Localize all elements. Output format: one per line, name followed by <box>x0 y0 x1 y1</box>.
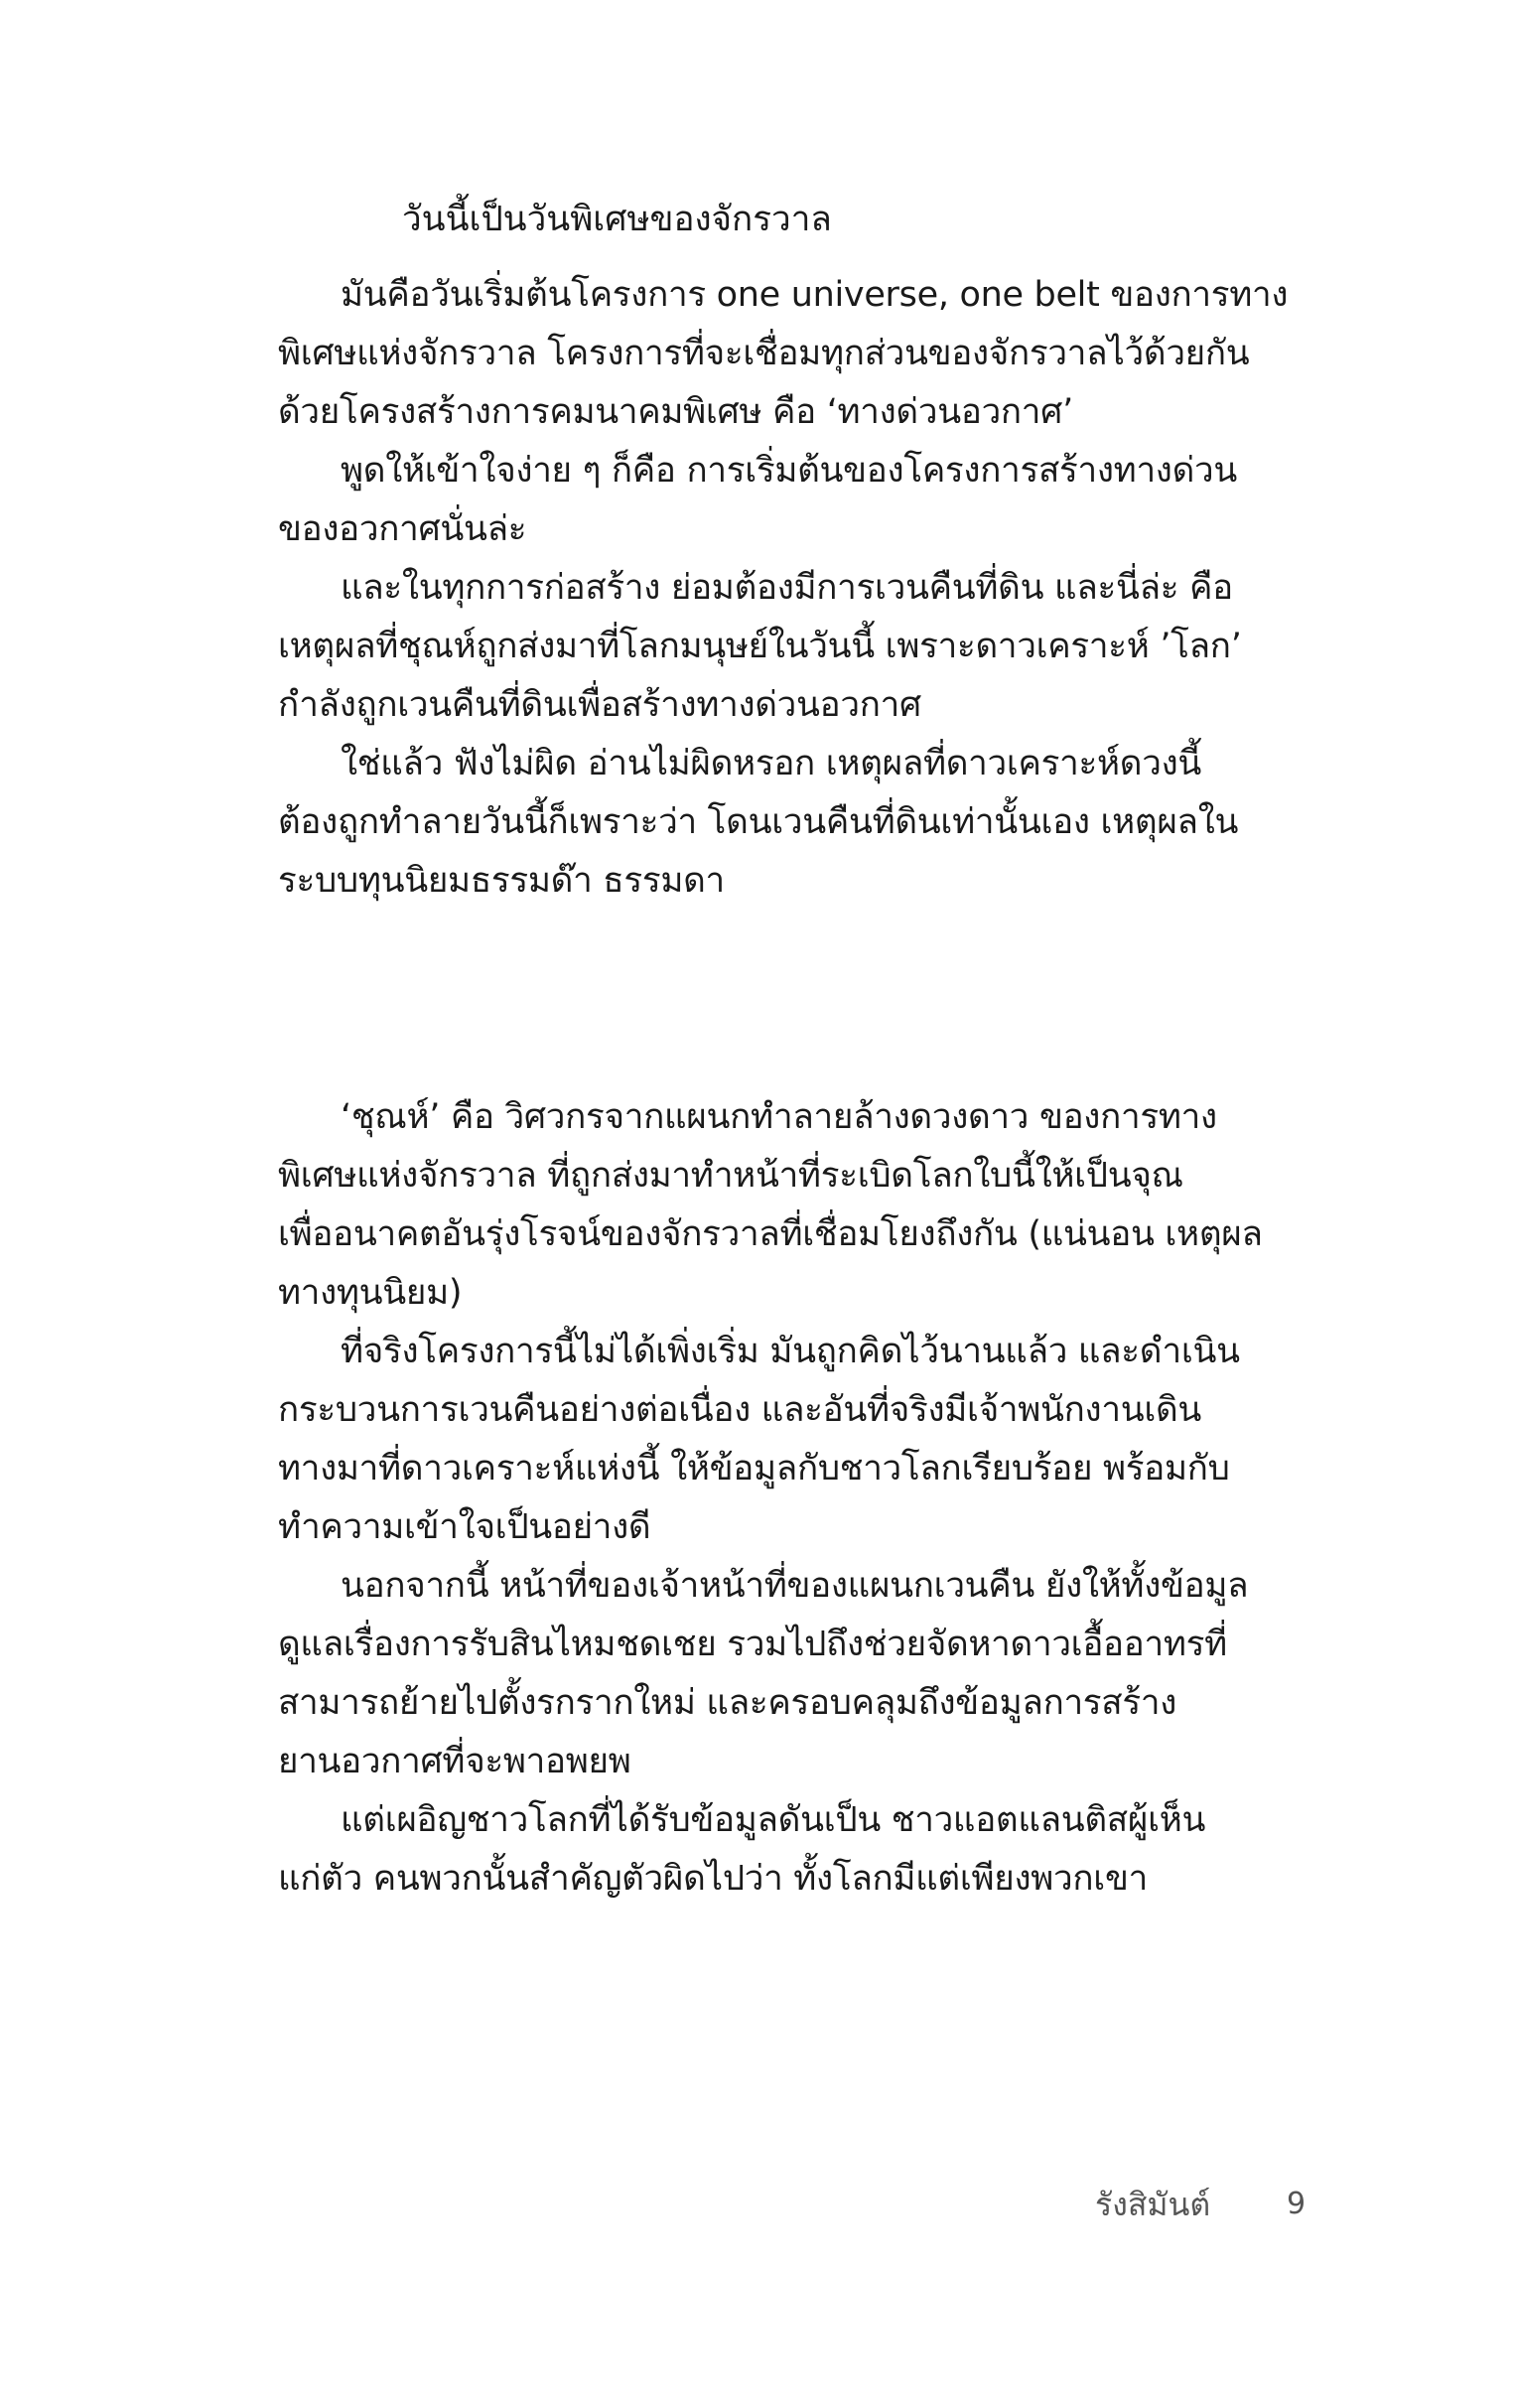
text-line: เหตุผลที่ชุณห์ถูกส่งมาที่โลกมนุษย์ในวันน… <box>278 618 1320 676</box>
page-footer: รังสิมันต์ 9 <box>0 2175 1514 2234</box>
text-line: ยานอวกาศที่จะพาอพยพ <box>278 1733 1320 1791</box>
text-line: ระบบทุนนิยมธรรมด๊า ธรรมดา <box>278 852 1320 911</box>
text-line: พิเศษแห่งจักรวาล โครงการที่จะเชื่อมทุกส่… <box>278 325 1320 383</box>
text-line: แก่ตัว คนพวกนั้นสำคัญตัวผิดไปว่า ทั้งโลก… <box>278 1850 1320 1909</box>
text-line: ของอวกาศนั่นล่ะ <box>278 500 1320 559</box>
chapter-heading: วันนี้เป็นวันพิเศษของจักรวาล <box>402 191 832 249</box>
running-title: รังสิมันต์ <box>1095 2175 1210 2234</box>
text-line: พิเศษแห่งจักรวาล ที่ถูกส่งมาทำหน้าที่ระเ… <box>278 1147 1320 1205</box>
text-line: ‘ชุณห์’ คือ วิศวกรจากแผนกทำลายล้างดวงดาว… <box>278 1088 1320 1147</box>
text-line: กระบวนการเวนคืนอย่างต่อเนื่อง และอันที่จ… <box>278 1381 1320 1440</box>
text-line: ที่จริงโครงการนี้ไม่ได้เพิ่งเริ่ม มันถูก… <box>278 1323 1320 1381</box>
text-line: เพื่ออนาคตอันรุ่งโรจน์ของจักรวาลที่เชื่อ… <box>278 1205 1320 1264</box>
text-line: ต้องถูกทำลายวันนี้ก็เพราะว่า โดนเวนคืนที… <box>278 793 1320 852</box>
text-line: ใช่แล้ว ฟังไม่ผิด อ่านไม่ผิดหรอก เหตุผลท… <box>278 735 1320 793</box>
text-line: ด้วยโครงสร้างการคมนาคมพิเศษ คือ ‘ทางด่วน… <box>278 383 1320 442</box>
page-number: 9 <box>1287 2175 1306 2234</box>
text-section-1: มันคือวันเริ่มต้นโครงการ one universe, o… <box>278 266 1320 911</box>
text-line: แต่เผอิญชาวโลกที่ได้รับข้อมูลดันเป็น ชาว… <box>278 1791 1320 1850</box>
text-line: สามารถย้ายไปตั้งรกรากใหม่ และครอบคลุมถึง… <box>278 1674 1320 1733</box>
text-line: พูดให้เข้าใจง่าย ๆ ก็คือ การเริ่มต้นของโ… <box>278 442 1320 500</box>
book-page: วันนี้เป็นวันพิเศษของจักรวาล มันคือวันเร… <box>0 0 1514 2408</box>
text-line: และในทุกการก่อสร้าง ย่อมต้องมีการเวนคืนท… <box>278 559 1320 618</box>
text-line: ทางมาที่ดาวเคราะห์แห่งนี้ ให้ข้อมูลกับชา… <box>278 1440 1320 1498</box>
text-section-2: ‘ชุณห์’ คือ วิศวกรจากแผนกทำลายล้างดวงดาว… <box>278 1088 1320 1909</box>
text-line: ทำความเข้าใจเป็นอย่างดี <box>278 1498 1320 1557</box>
text-line: ดูแลเรื่องการรับสินไหมชดเชย รวมไปถึงช่วย… <box>278 1616 1320 1674</box>
text-line: มันคือวันเริ่มต้นโครงการ one universe, o… <box>278 266 1320 325</box>
text-line: กำลังถูกเวนคืนที่ดินเพื่อสร้างทางด่วนอวก… <box>278 676 1320 735</box>
text-line: นอกจากนี้ หน้าที่ของเจ้าหน้าที่ของแผนกเว… <box>278 1557 1320 1616</box>
text-line: ทางทุนนิยม) <box>278 1264 1320 1323</box>
